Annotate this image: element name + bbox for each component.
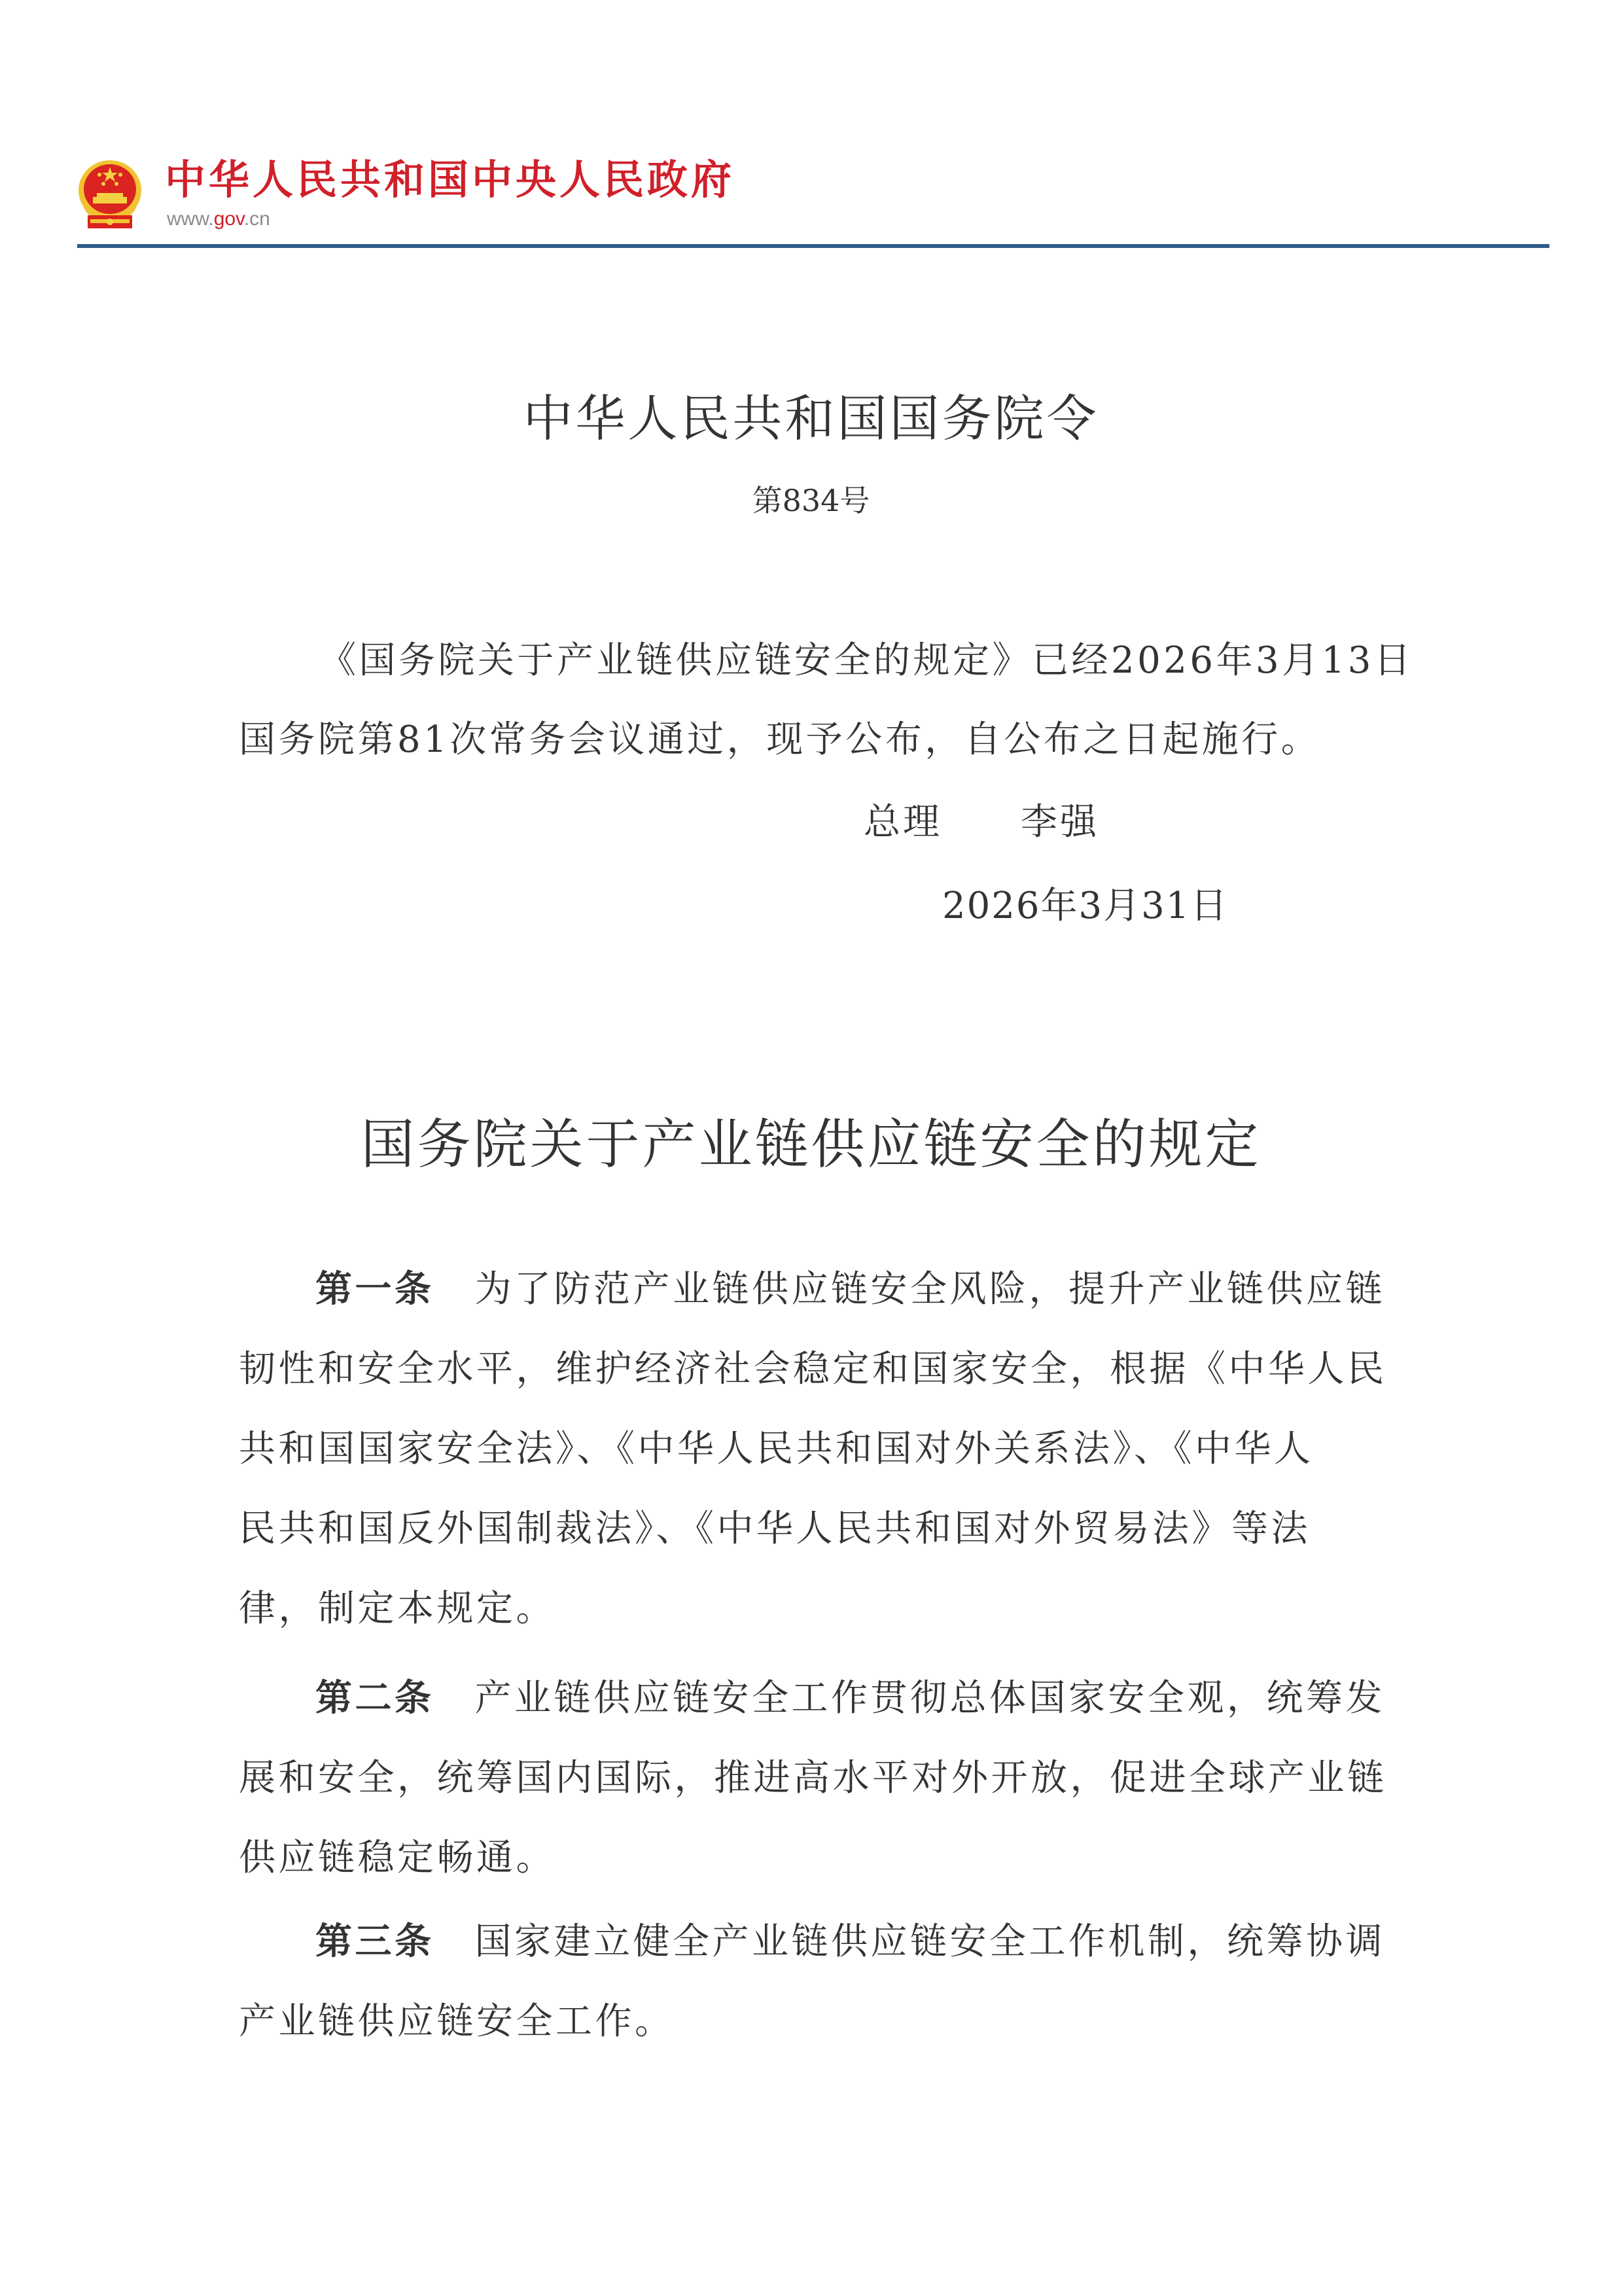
url-prefix: www.: [167, 208, 214, 230]
article-text-line: 民共和国反外国制裁法》、《中华人民共和国对外贸易法》等法: [239, 1506, 1311, 1552]
article-heading: 第二条: [315, 1677, 434, 1720]
article-text: 产业链供应链安全工作贯彻总体国家安全观，统筹发: [475, 1677, 1386, 1720]
article-text: 国家建立健全产业链供应链安全工作机制，统筹协调: [475, 1920, 1386, 1963]
signer-title: 总理: [864, 800, 942, 845]
site-name[interactable]: 中华人民共和国中央人民政府: [165, 157, 735, 203]
url-suffix: .cn: [244, 208, 270, 230]
site-url[interactable]: www.gov.cn: [167, 208, 270, 230]
url-domain: gov: [214, 208, 244, 230]
article-text-line: 共和国国家安全法》、《中华人民共和国对外关系法》、《中华人: [239, 1426, 1314, 1472]
signer-name: 李强: [1021, 800, 1099, 845]
order-title: 中华人民共和国国务院令: [0, 386, 1622, 451]
article-heading: 第三条: [315, 1920, 434, 1963]
article-text-line: 产业链供应链安全工作。: [239, 1999, 675, 2045]
signing-date: 2026年3月31日: [942, 883, 1228, 929]
article-1-first-line: 第一条为了防范产业链供应链安全风险，提升产业链供应链: [315, 1267, 1385, 1313]
national-emblem-icon: [77, 159, 143, 230]
header-divider: [77, 244, 1549, 248]
article-heading: 第一条: [315, 1268, 434, 1311]
article-text: 为了防范产业链供应链安全风险，提升产业链供应链: [475, 1268, 1386, 1311]
regulation-title: 国务院关于产业链供应链安全的规定: [0, 1109, 1622, 1181]
article-2-first-line: 第二条产业链供应链安全工作贯彻总体国家安全观，统筹发: [315, 1676, 1385, 1722]
article-3-first-line: 第三条国家建立健全产业链供应链安全工作机制，统筹协调: [315, 1919, 1385, 1965]
article-text-line: 供应链稳定畅通。: [239, 1835, 555, 1881]
order-number: 第834号: [0, 481, 1622, 520]
decree-text-line: 国务院第81次常务会议通过，现予公布，自公布之日起施行。: [239, 717, 1320, 763]
article-text-line: 律，制定本规定。: [239, 1586, 555, 1632]
article-text-line: 展和安全，统筹国内国际，推进高水平对外开放，促进全球产业链: [239, 1756, 1387, 1801]
decree-text-line: 《国务院关于产业链供应链安全的规定》已经2026年3月13日: [319, 638, 1413, 684]
article-text-line: 韧性和安全水平，维护经济社会稳定和国家安全，根据《中华人民: [239, 1347, 1387, 1392]
